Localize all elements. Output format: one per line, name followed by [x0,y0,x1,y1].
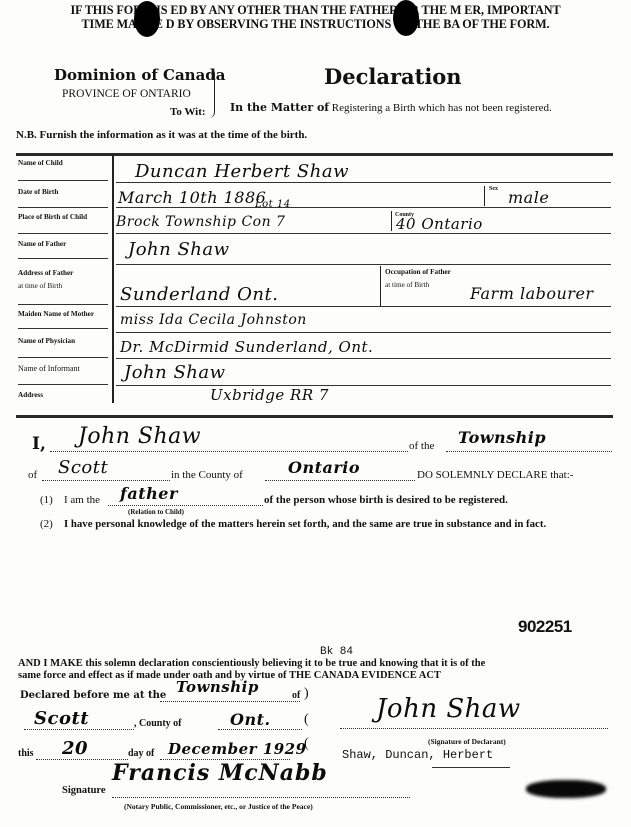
row-rule [18,384,108,385]
item-1-suffix: of the person whose birth is desired to … [264,494,508,506]
declared-place-type: Township [176,678,259,696]
dotted-line [160,701,300,702]
value-place-note: Lot 14 [255,199,291,210]
declared-before-label: Declared before me at the [20,690,166,701]
dotted-line [446,451,612,452]
row-rule [116,182,611,183]
row-rule [116,264,611,265]
row-rule [18,180,108,181]
redaction-blot [393,0,419,36]
label-dob: Date of Birth [18,188,58,197]
page-title: Declaration [324,64,462,89]
notice-line-1: IF THIS FORM IS ED BY ANY OTHER THAN THE… [0,4,631,17]
label-informant: Name of Informant [18,364,80,373]
value-father-occupation: Farm labourer [470,284,594,303]
table-top-rule [16,153,613,156]
nb-instruction: N.B. Furnish the information as it was a… [16,129,307,141]
county-of-label: , County of [134,718,182,729]
signature-label: Signature [62,785,106,796]
declared-month-year: December 1929 [168,740,307,758]
dotted-line [50,451,408,452]
dominion-heading: Dominion of Canada [54,66,226,84]
label-column-divider [112,155,114,403]
dotted-line [108,505,263,506]
occupation-divider [380,266,381,306]
of-label: of [28,469,37,481]
value-physician: Dr. McDirmid Sunderland, Ont. [120,338,373,356]
declarant-name: John Shaw [78,424,201,449]
county-name: Ontario [288,458,360,477]
label-father-occupation-2: at time of Birth [385,281,429,290]
label-address: Address [18,391,43,400]
table-bottom-rule [16,415,613,418]
notice-line-2: TIME MAY BE D BY OBSERVING THE INSTRUCTI… [0,18,631,31]
to-wit-label: To Wit: [170,106,206,118]
row-rule [116,385,611,386]
this-label: this [18,748,34,759]
declared-day: 20 [62,738,88,759]
value-father-name: John Shaw [128,239,230,260]
label-father-name: Name of Father [18,240,66,249]
dotted-line [24,729,134,730]
solemnly-declare: DO SOLEMNLY DECLARE that:- [417,469,573,481]
relation-value: father [120,484,178,503]
brace-divider [209,68,215,118]
matter-line: In the Matter of Registering a Birth whi… [230,101,552,114]
value-father-address: Sunderland Ont. [120,284,278,305]
value-place-of-birth: Brock Township Con 7 [116,214,285,230]
province-heading: PROVINCE OF ONTARIO [62,88,191,100]
relation-caption: (Relation to Child) [128,508,184,516]
dotted-line [218,729,302,730]
item-1-prefix: I am the [64,494,100,506]
row-rule [18,233,108,234]
declared-place: Scott [34,708,89,729]
registration-number: 902251 [518,617,572,637]
stamp-underline [432,767,510,768]
value-mother-maiden: miss Ida Cecila Johnston [120,312,307,328]
label-father-address-1: Address of Father [18,269,73,278]
solemn-line-1: AND I MAKE this solemn declaration consc… [18,658,485,669]
county-divider [391,211,392,231]
label-child-name: Name of Child [18,159,63,168]
label-place-of-birth: Place of Birth of Child [18,213,87,222]
label-sex: Sex [489,186,498,192]
redaction-blot [134,1,160,37]
bracket: ) [304,686,309,702]
index-name: Shaw, Duncan, Herbert [342,748,493,762]
row-rule [116,207,611,208]
signature-line [112,797,410,798]
item-1-number: (1) [40,494,53,506]
label-physician: Name of Physician [18,337,75,346]
of-the-label: of the [409,440,434,452]
dotted-line [42,480,170,481]
value-address: Uxbridge RR 7 [210,386,329,404]
bracket: ( [304,736,309,752]
row-rule [18,207,108,208]
item-2-number: (2) [40,518,53,530]
row-rule [18,258,108,259]
municipality-name: Scott [58,457,108,478]
row-rule [18,357,108,358]
label-mother-maiden: Maiden Name of Mother [18,310,94,319]
item-2-text: I have personal knowledge of the matters… [64,518,546,530]
day-of-label: day of [128,748,154,759]
book-number: Bk 84 [320,646,353,658]
declared-of-label: of [292,690,300,701]
commissioner-signature: Francis McNabb [112,760,328,786]
declarant-caption: (Signature of Declarant) [428,737,506,746]
sex-divider [484,186,485,206]
value-child-name: Duncan Herbert Shaw [135,161,349,182]
value-county: 40 Ontario [396,215,483,233]
label-father-address-2: at time of Birth [18,282,62,291]
matter-text: Registering a Birth which has not been r… [332,102,552,114]
row-rule [116,332,611,333]
label-father-occupation-1: Occupation of Father [385,268,451,277]
row-rule [18,328,108,329]
row-rule [18,304,108,305]
municipality-type: Township [458,428,546,447]
ink-smear [526,780,606,798]
value-sex: male [508,188,549,207]
bracket: ( [304,712,309,728]
signature-line [340,728,608,729]
declarant-signature: John Shaw [376,694,521,724]
dotted-line [265,480,415,481]
row-rule [116,233,611,234]
value-dob: March 10th 1886 [118,188,266,207]
value-informant: John Shaw [124,362,226,383]
in-county-label: in the County of [171,469,243,481]
declaration-i: I, [32,434,46,454]
row-rule [384,306,611,307]
declared-county: Ont. [230,710,271,729]
row-rule [116,358,611,359]
commissioner-caption: (Notary Public, Commissioner, etc., or J… [124,802,313,811]
matter-prefix: In the Matter of [230,101,329,114]
